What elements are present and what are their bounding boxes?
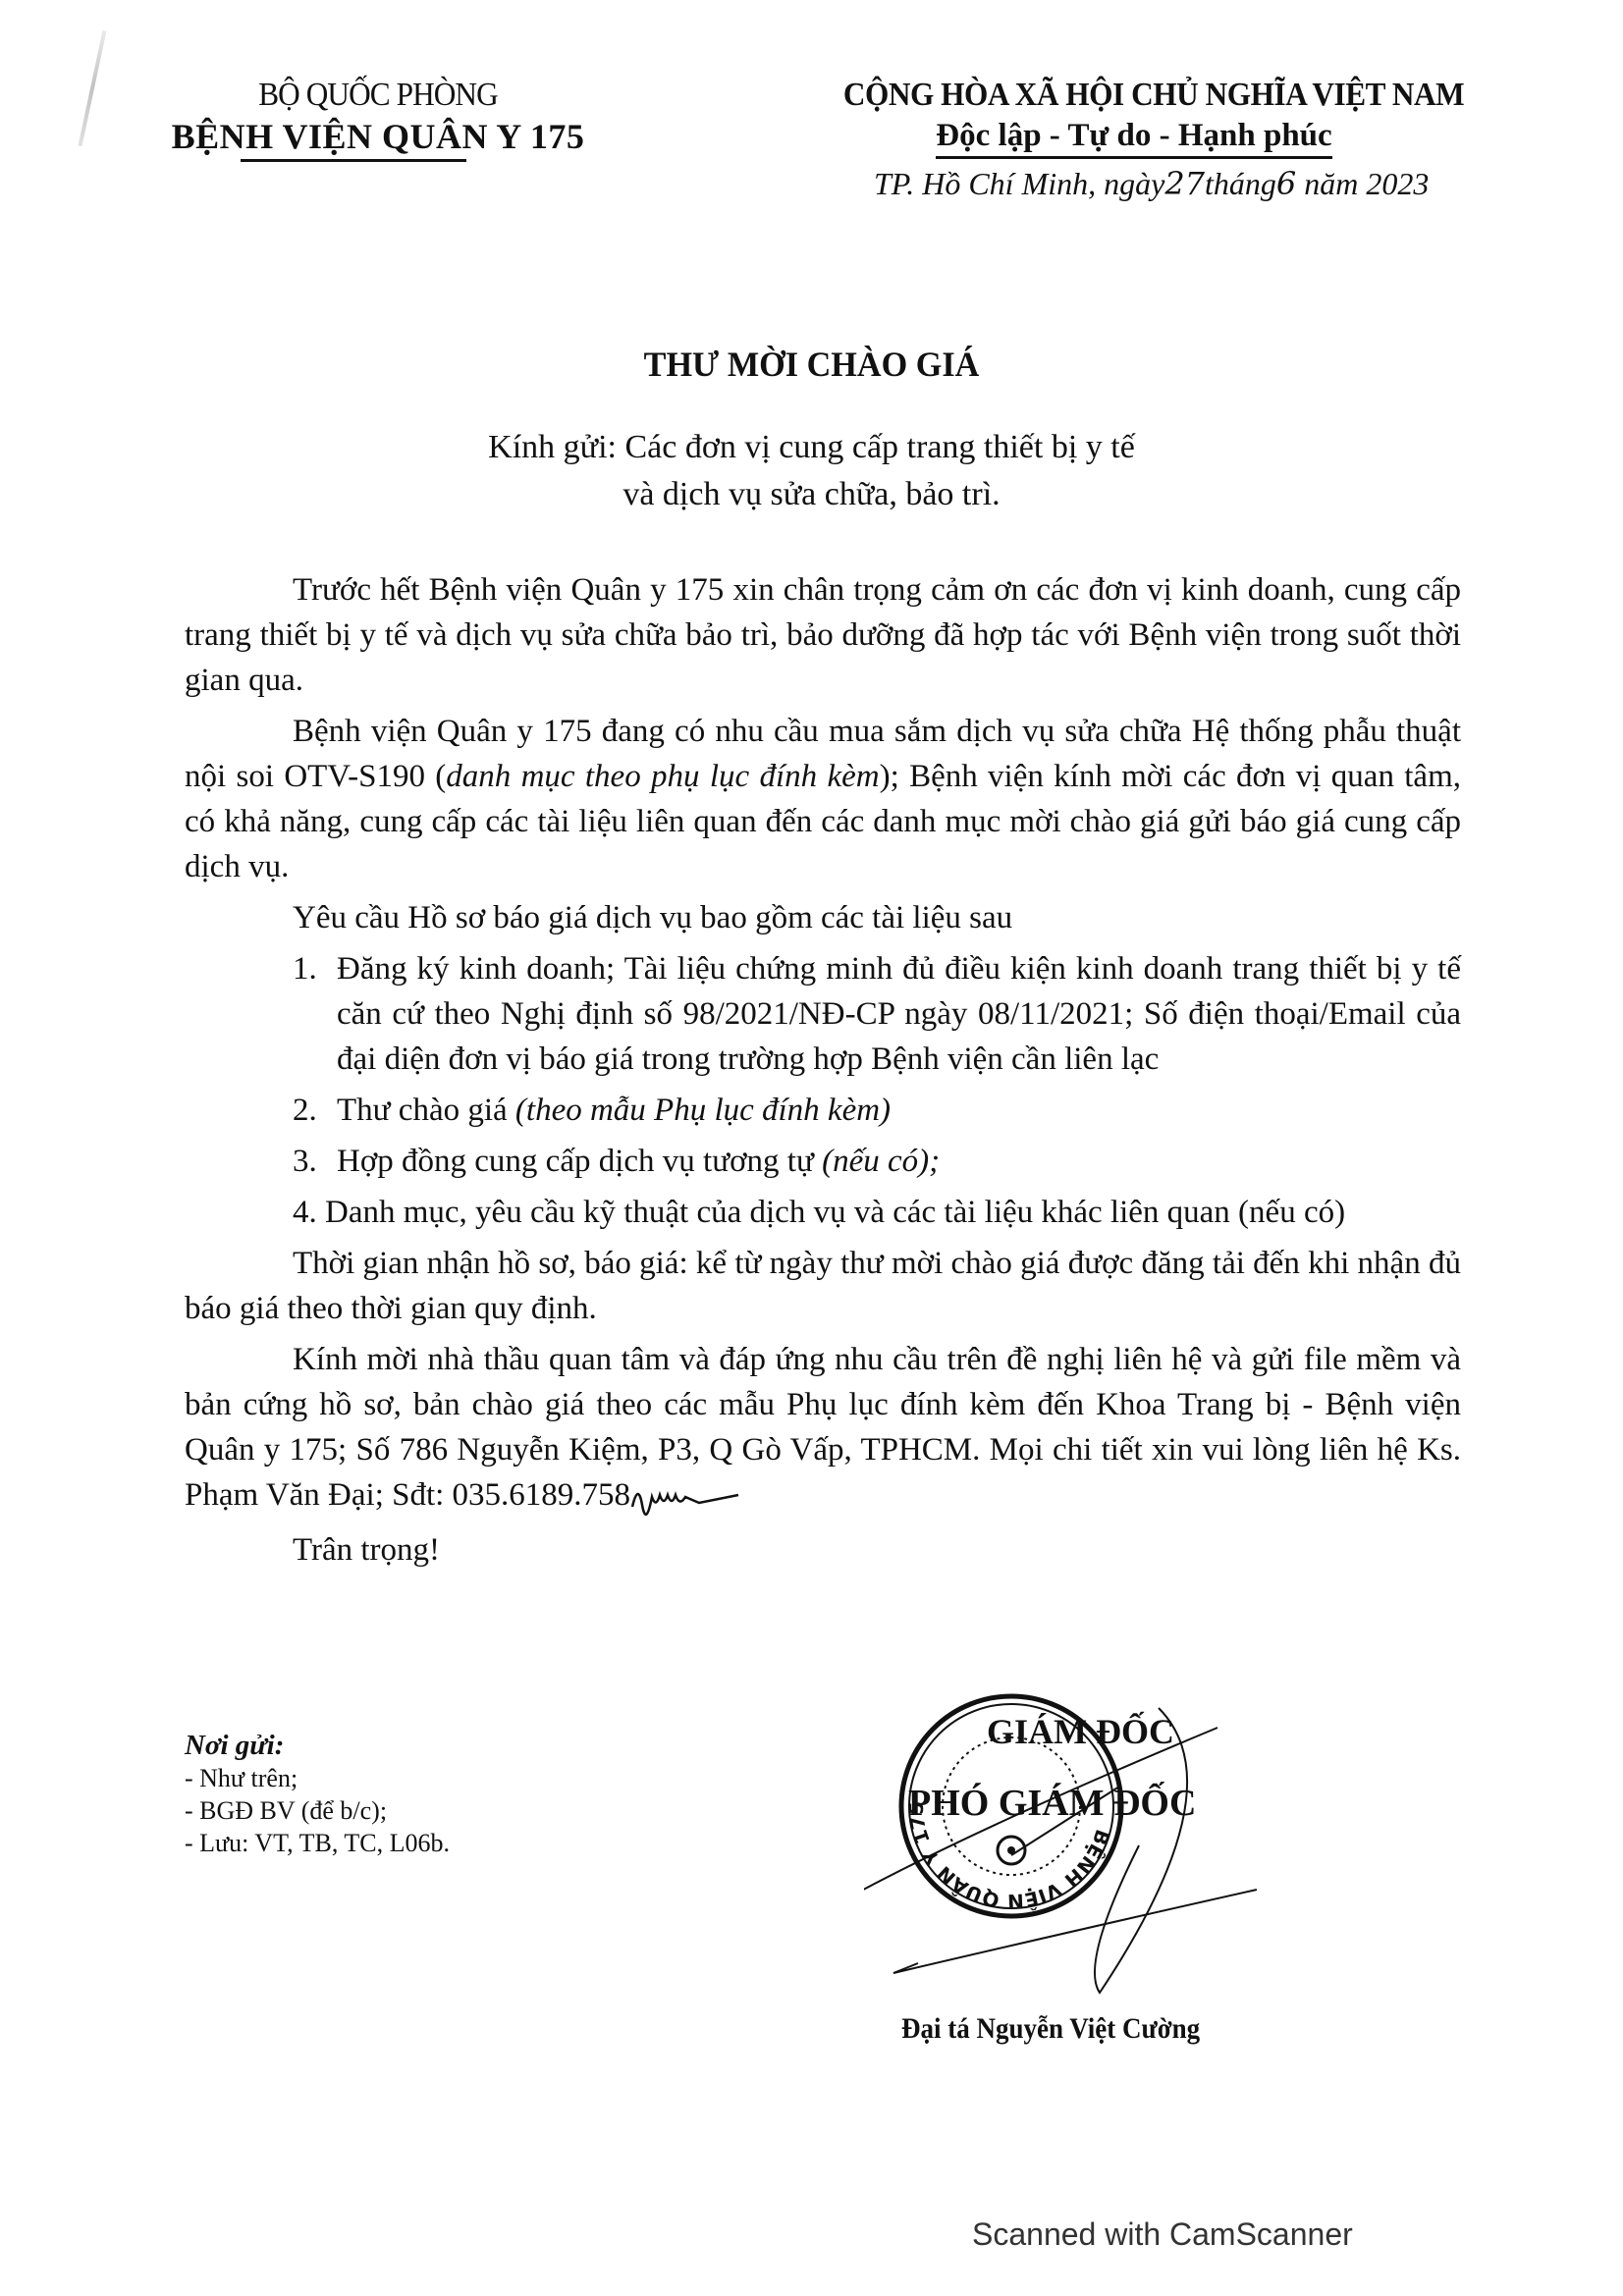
date-month-label: tháng (1205, 166, 1276, 201)
list-item: 3.Hợp đồng cung cấp dịch vụ tương tự (nế… (185, 1139, 1461, 1184)
invitation-text: Kính mời nhà thầu quan tâm và đáp ứng nh… (185, 1342, 1461, 1513)
issuer-header: BỘ QUỐC PHÒNG BỆNH VIỆN QUÂN Y 175 (147, 77, 609, 162)
need-italic: danh mục theo phụ lục đính kèm (446, 759, 879, 794)
signatory-title: PHÓ GIÁM ĐỐC (908, 1782, 1196, 1825)
list-item: 2.Thư chào giá (theo mẫu Phụ lục đính kè… (185, 1088, 1461, 1133)
distribution-item: - Lưu: VT, TB, TC, L06b. (185, 1827, 450, 1859)
paragraph-thanks: Trước hết Bệnh viện Quân y 175 xin chân … (185, 567, 1461, 703)
camscanner-watermark: Scanned with CamScanner (972, 2216, 1353, 2253)
paragraph-deadline: Thời gian nhận hồ sơ, báo giá: kể từ ngà… (185, 1241, 1461, 1331)
hospital-name: BỆNH VIỆN QUÂN Y 175 (147, 116, 609, 157)
dateline: TP. Hồ Chí Minh, ngày27tháng6 năm 2023 (874, 165, 1429, 202)
date-city: TP. Hồ Chí Minh, ngày (874, 166, 1164, 201)
paragraph-invitation: Kính mời nhà thầu quan tâm và đáp ứng nh… (185, 1337, 1461, 1518)
addressee-line-2: và dịch vụ sửa chữa, bảo trì. (0, 471, 1623, 518)
date-day: 27 (1164, 165, 1205, 202)
item-number: 4. (293, 1195, 317, 1230)
requirements-heading: Yêu cầu Hồ sơ báo giá dịch vụ bao gồm cá… (185, 895, 1461, 940)
date-year: năm 2023 (1304, 166, 1429, 201)
item-italic: (nếu có); (822, 1144, 940, 1179)
date-month: 6 (1276, 165, 1296, 202)
item-number: 1. (293, 946, 317, 991)
addressee: Kính gửi: Các đơn vị cung cấp trang thiế… (0, 424, 1623, 518)
item-text: Hợp đồng cung cấp dịch vụ tương tự (337, 1144, 822, 1179)
distribution-item: - Như trên; (185, 1762, 450, 1794)
item-number: 3. (293, 1139, 317, 1184)
distribution-heading: Nơi gửi: (185, 1730, 450, 1762)
item-number: 2. (293, 1088, 317, 1133)
addressee-line-1: Kính gửi: Các đơn vị cung cấp trang thiế… (0, 424, 1623, 471)
national-motto: Độc lập - Tự do - Hạnh phúc (936, 118, 1331, 159)
scan-edge-artifact (79, 30, 107, 146)
list-item: 4. Danh mục, yêu cầu kỹ thuật của dịch v… (185, 1190, 1461, 1235)
signatory-title-struck: GIÁM ĐỐC (987, 1711, 1174, 1752)
item-italic: (theo mẫu Phụ lục đính kèm) (515, 1093, 891, 1128)
list-item: 1.Đăng ký kinh doanh; Tài liệu chứng min… (185, 946, 1461, 1082)
initials-scribble-icon (630, 1477, 748, 1517)
closing: Trân trọng! (185, 1527, 1461, 1573)
item-text: Thư chào giá (337, 1093, 515, 1128)
ministry-name: BỘ QUỐC PHÒNG (166, 77, 590, 114)
paragraph-need: Bệnh viện Quân y 175 đang có nhu cầu mua… (185, 709, 1461, 889)
header-underline (241, 159, 466, 162)
signatory-name: Đại tá Nguyễn Việt Cường (901, 2012, 1200, 2046)
distribution-item: - BGĐ BV (để b/c); (185, 1794, 450, 1827)
national-header: CỘNG HÒA XÃ HỘI CHỦ NGHĨA VIỆT NAM Độc l… (746, 77, 1561, 159)
national-title: CỘNG HÒA XÃ HỘI CHỦ NGHĨA VIỆT NAM (779, 77, 1529, 114)
item-text: Đăng ký kinh doanh; Tài liệu chứng minh … (337, 951, 1461, 1077)
requirements-list: 1.Đăng ký kinh doanh; Tài liệu chứng min… (185, 946, 1461, 1235)
distribution-list: Nơi gửi: - Như trên; - BGĐ BV (để b/c); … (185, 1730, 450, 1859)
letter-body: Trước hết Bệnh viện Quân y 175 xin chân … (185, 567, 1461, 1578)
item-text: Danh mục, yêu cầu kỹ thuật của dịch vụ v… (325, 1195, 1345, 1230)
document-title: THƯ MỜI CHÀO GIÁ (40, 344, 1582, 385)
